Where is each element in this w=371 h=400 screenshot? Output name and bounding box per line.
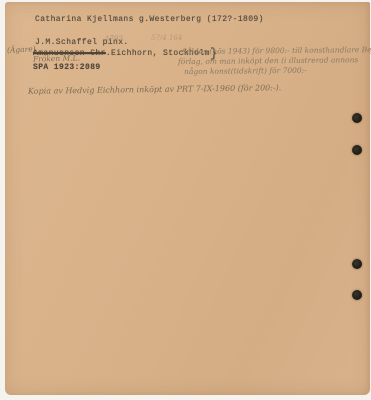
- sale-pencil-note-line-3: någon konst(tidskrift) för 7000:-: [184, 65, 371, 77]
- scanned-archive-card-page: { "card": { "title_line": "Catharina Kje…: [0, 0, 371, 400]
- punch-hole-4: [352, 290, 362, 300]
- archive-index-card: Catharina Kjellmans g.Westerberg (172?-1…: [5, 2, 370, 395]
- owner-margin-note: (Ägare): [7, 44, 36, 54]
- sale-pencil-note-block: Såldes (hös 1943) för 9800:- till konsth…: [182, 45, 371, 77]
- punch-hole-3: [352, 259, 362, 269]
- sitter-title-line: Catharina Kjellmans g.Westerberg (172?-1…: [35, 15, 264, 24]
- artist-pencil-note: 1792: [105, 35, 123, 43]
- artist-pencil-note-2: 57/4 164: [151, 34, 182, 42]
- copy-pencil-note: Kopia av Hedvig Eichhorn inköpt av PRT 7…: [28, 83, 281, 96]
- spa-accession-number: SPA 1923:2089: [33, 63, 101, 72]
- punch-hole-1: [352, 113, 362, 123]
- punch-hole-2: [352, 145, 362, 155]
